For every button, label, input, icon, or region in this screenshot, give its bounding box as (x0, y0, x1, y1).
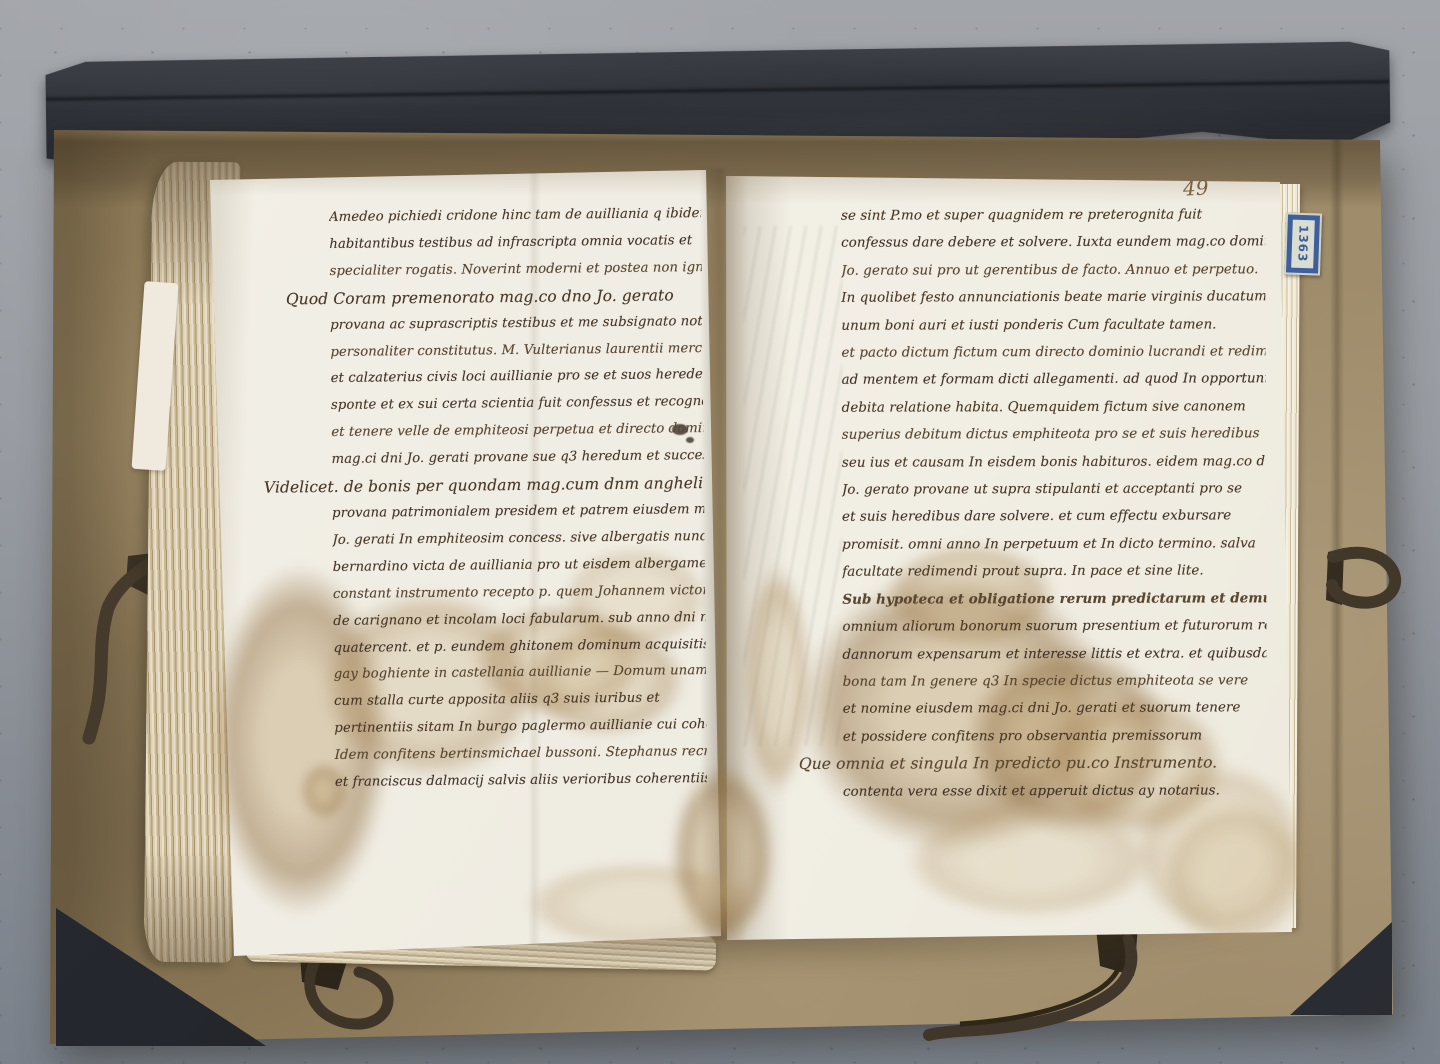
manuscript-line: personaliter constitutus. M. Vulterianus… (330, 336, 702, 367)
manuscript-line: mag.ci dni Jo. gerati provane sue q3 her… (331, 443, 703, 474)
manuscript-line: se sint P.mo et super quagnidem re prete… (841, 201, 1266, 230)
manuscript-line: gay boghiente in castellania auillianie … (334, 658, 706, 689)
manuscript-line: provana patrimonialem presidem et patrem… (332, 497, 704, 528)
manuscript-text-left: Amedeo pichiedi cridone hinc tam de auil… (329, 201, 707, 797)
manuscript-photo: Amedeo pichiedi cridone hinc tam de auil… (0, 0, 1440, 1064)
manuscript-line: provana ac suprascriptis testibus et me … (330, 309, 703, 340)
manuscript-line: et pacto dictum fictum cum directo domin… (841, 338, 1265, 367)
manuscript-line: Idem confitens bertinsmichael bussoni. S… (334, 739, 707, 770)
manuscript-line: ad mentem et formam dicti allegamenti. a… (842, 366, 1266, 395)
manuscript-line: promisit. omni anno In perpetuum et In d… (842, 530, 1267, 559)
manuscript-line: sponte et ex sui certa scientia fuit con… (331, 389, 703, 420)
manuscript-line: constant instrumento recepto p. quem Joh… (333, 578, 705, 609)
manuscript-line: de carignano et incolam loci fabularum. … (333, 605, 705, 636)
archive-label: 1363 (1284, 212, 1322, 275)
manuscript-line: bona tam In genere q3 In specie dictus e… (843, 667, 1267, 696)
water-stain (1160, 800, 1310, 950)
manuscript-line: Sub hypoteca et obligatione rerum predic… (842, 585, 1266, 614)
manuscript-line: contenta vera esse dixit et apperuit dic… (843, 777, 1267, 806)
manuscript-line: pertinentiis sitam In burgo paglermo aui… (334, 712, 706, 743)
manuscript-line: et possidere confitens pro observantia p… (843, 722, 1267, 751)
manuscript-line: Jo. gerato sui pro ut gerentibus de fact… (841, 256, 1265, 285)
manuscript-line: Que omnia et singula In predicto pu.co I… (798, 749, 1267, 778)
manuscript-line: confessus dare debere et solvere. Iuxta … (841, 229, 1265, 258)
manuscript-line: In quolibet festo annunciationis beate m… (841, 283, 1265, 312)
manuscript-line: debita relatione habita. Quemquidem fict… (842, 393, 1266, 422)
manuscript-line: cum stalla curte apposita aliis q3 suis … (334, 685, 706, 716)
manuscript-line: facultate redimendi prout supra. In pace… (842, 558, 1266, 587)
manuscript-line: seu ius et causam In eisdem bonis habitu… (842, 448, 1266, 477)
manuscript-line: bernardino victa de auilliania pro ut ei… (333, 551, 705, 582)
manuscript-line: Jo. gerati In emphiteosim concess. sive … (332, 524, 705, 555)
manuscript-line: et nomine eiusdem mag.ci dni Jo. gerati … (843, 695, 1267, 724)
manuscript-line: unum boni auri et iusti ponderis Cum fac… (841, 311, 1266, 340)
manuscript-line: specialiter rogatis. Noverint moderni et… (329, 255, 701, 286)
manuscript-line: habitantibus testibus ad infrascripta om… (329, 228, 701, 259)
manuscript-line: dannorum expensarum et interesse littis … (842, 640, 1267, 669)
manuscript-text-right: se sint P.mo et super quagnidem re prete… (841, 201, 1267, 805)
manuscript-line: superius debitum dictus emphiteota pro s… (841, 421, 1266, 450)
manuscript-line: Amedeo pichiedi cridone hinc tam de auil… (329, 201, 702, 232)
manuscript-line: Quod Coram premenorato mag.co dno Jo. ge… (286, 282, 702, 313)
manuscript-line: et franciscus dalmacij salvis aliis veri… (335, 766, 707, 797)
archive-label-number: 1363 (1295, 225, 1310, 263)
manuscript-line: et tenere velle de emphiteosi perpetua e… (331, 416, 704, 447)
manuscript-line: et calzaterius civis loci auillianie pro… (331, 362, 703, 393)
manuscript-line: Jo. gerato provane ut supra stipulanti e… (842, 475, 1266, 504)
water-stain (900, 800, 1160, 920)
manuscript-line: quatercent. et p. eundem ghitonem dominu… (333, 632, 706, 663)
manuscript-line: omnium aliorum bonorum suorum presentium… (842, 612, 1266, 641)
manuscript-line: et suis heredibus dare solvere. et cum e… (842, 503, 1266, 532)
folio-number: 49 (1182, 175, 1209, 200)
